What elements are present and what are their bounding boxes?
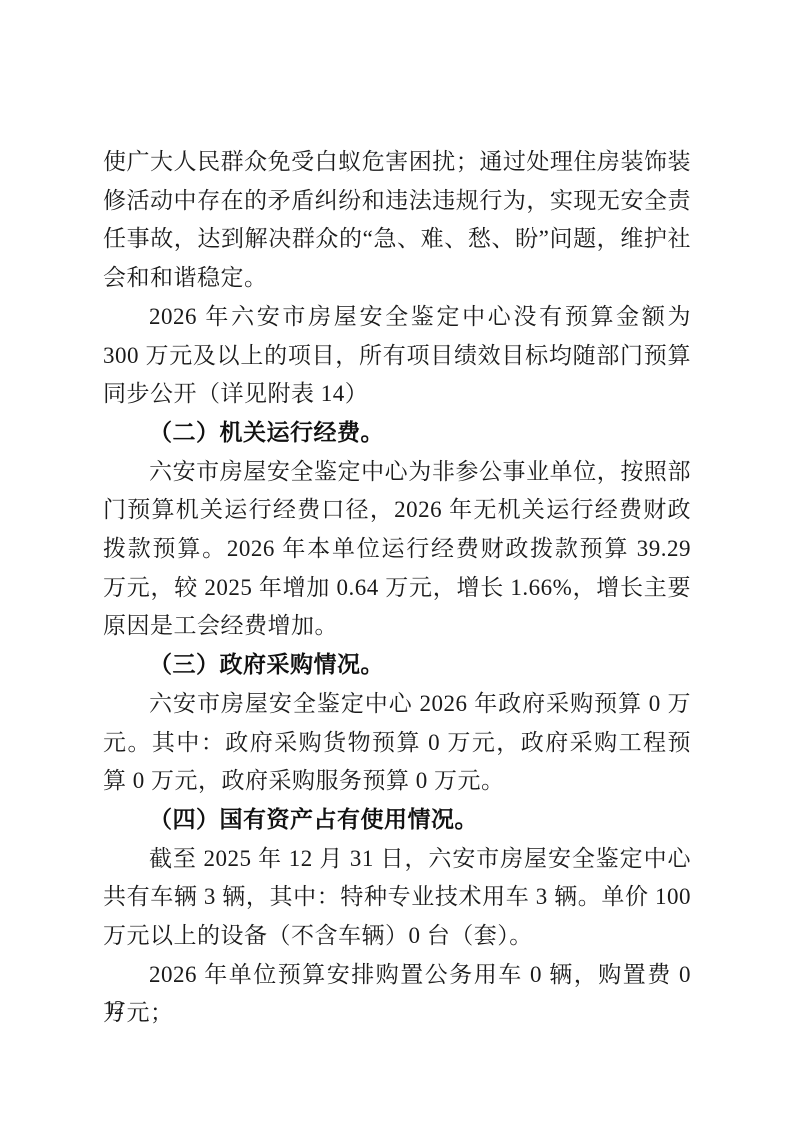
- body-paragraph-operating-funds: 六安市房屋安全鉴定中心为非参公事业单位，按照部门预算机关运行经费口径，2026 …: [103, 453, 691, 647]
- body-paragraph-termite-continuation: 使广大人民群众免受白蚁危害困扰；通过处理住房装饰装修活动中存在的矛盾纠纷和违法违…: [103, 143, 691, 298]
- body-paragraph-vehicle-purchase-budget: 2026 年单位预算安排购置公务用车 0 辆，购置费 0 万元；: [103, 956, 691, 1033]
- document-body: 使广大人民群众免受白蚁危害困扰；通过处理住房装饰装修活动中存在的矛盾纠纷和违法违…: [103, 143, 691, 1033]
- body-paragraph-project-budget: 2026 年六安市房屋安全鉴定中心没有预算金额为 300 万元及以上的项目，所有…: [103, 298, 691, 414]
- document-page: 使广大人民群众免受白蚁危害困扰；通过处理住房装饰装修活动中存在的矛盾纠纷和违法违…: [0, 0, 793, 1122]
- body-paragraph-government-procurement: 六安市房屋安全鉴定中心 2026 年政府采购预算 0 万元。其中：政府采购货物预…: [103, 685, 691, 801]
- page-number: 12: [104, 996, 124, 1020]
- section-heading-state-assets: （四）国有资产占有使用情况。: [103, 801, 691, 840]
- section-heading-government-procurement: （三）政府采购情况。: [103, 646, 691, 685]
- body-paragraph-vehicles-equipment: 截至 2025 年 12 月 31 日，六安市房屋安全鉴定中心共有车辆 3 辆，…: [103, 840, 691, 956]
- section-heading-operating-funds: （二）机关运行经费。: [103, 414, 691, 453]
